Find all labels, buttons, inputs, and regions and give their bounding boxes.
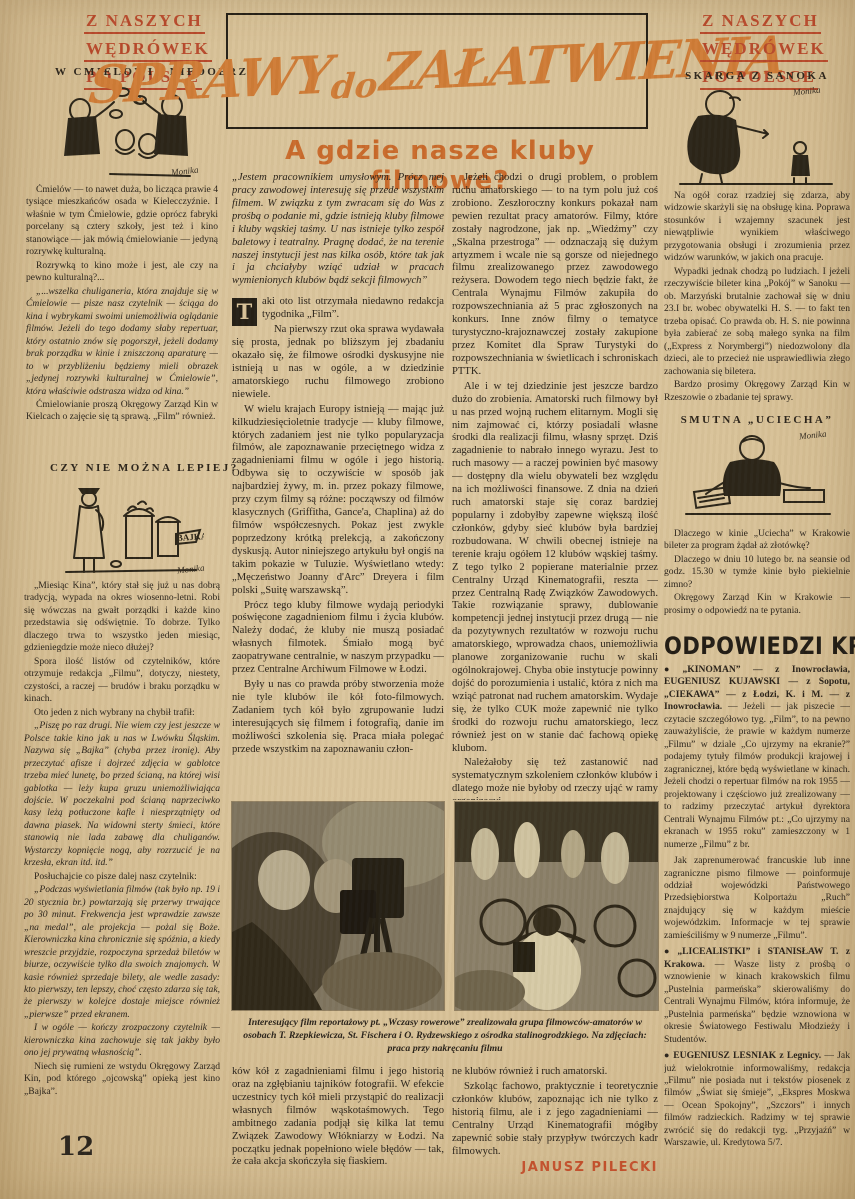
banner-word1: SPRAWY xyxy=(87,44,334,116)
paragraph: „Miesiąc Kina”, który stał się już u nas… xyxy=(24,580,220,655)
cartoon-big-man-small-man: Monika xyxy=(672,86,844,186)
paragraph: Prócz tego kluby filmowe wydają periodyk… xyxy=(232,600,444,678)
left-header-line1: Z NASZYCH xyxy=(84,12,205,34)
dropcap-letter: T xyxy=(232,298,257,326)
paragraph-quote: „Podczas wyświetlania filmów (tak było n… xyxy=(24,884,220,1021)
cartoon-bajka-bins: BAJKA Monika xyxy=(56,480,204,576)
reply-body: — Jak już wielokrotnie informowaliśmy, r… xyxy=(664,1050,850,1148)
paragraph-quote: I w ogóle — kończy zrozpaczony czytelnik… xyxy=(24,1022,220,1059)
cartoon-usher-drawing xyxy=(680,432,836,524)
bullet-icon: ● xyxy=(664,1050,670,1060)
cartoon-big-man-drawing xyxy=(672,86,844,186)
paragraph: Okręgowy Zarząd Kin w Krakowie — prosimy… xyxy=(664,592,850,617)
page-number: 12 xyxy=(58,1132,94,1162)
paragraph: Dlaczego w dniu 10 lutego br. na seansie… xyxy=(664,554,850,591)
dropcap-paragraph: Taki oto list otrzymała niedawno redakcj… xyxy=(232,296,444,322)
right-article2-title: SMUTNA „UCIECHA” xyxy=(672,414,842,426)
short-replies-title: ODPOWIEDZI KRÓTKIE xyxy=(664,632,855,660)
paragraph: Posłuchajcie co pisze dalej nasz czyteln… xyxy=(24,871,220,883)
article-bottom-column-2: ne klubów również i ruch amatorski. Szko… xyxy=(452,1066,658,1192)
paragraph: Dlaczego w kinie „Uciecha” w Krakowie bi… xyxy=(664,528,850,553)
paragraph: Niech się rumieni ze wstydu Okręgowy Zar… xyxy=(24,1061,220,1098)
reply-paragraph: ●EUGENIUSZ LESNIAK z Legnicy. — Jak już … xyxy=(664,1050,850,1150)
paragraph: W wielu krajach Europy istnieją — mając … xyxy=(232,404,444,598)
paragraph: Rozrywką to kino może i jest, ale czy na… xyxy=(26,260,218,285)
right-header-line2: WĘDRÓWEK xyxy=(700,40,828,62)
article-column-2: Jeżeli chodzi o drugi problem, o problem… xyxy=(452,172,658,800)
bullet-icon: ● xyxy=(664,946,674,956)
reply-body: — Jeżeli — jak piszecie — czytacie szcze… xyxy=(664,701,850,849)
paragraph: Na pierwszy rzut oka sprawa wydawała się… xyxy=(232,324,444,402)
right-article1-text: Na ogół coraz rzadziej się zdarza, aby w… xyxy=(664,190,850,410)
paragraph: Jeżeli chodzi o drugi problem, o problem… xyxy=(452,172,658,379)
paragraph: Ćmielów — to nawet duża, bo licząca praw… xyxy=(26,184,218,259)
paragraph-quote: „Piszę po raz drugi. Nie wiem czy jest j… xyxy=(24,720,220,870)
reply-paragraph: ●„KINOMAN” — z Inowrocławia, EUGENIUSZ K… xyxy=(664,664,850,851)
article-byline: JANUSZ PILECKI xyxy=(452,1160,658,1176)
paragraph: Wypadki jednak chodzą po ludziach. I jeż… xyxy=(664,266,850,378)
paragraph: Bardzo prosimy Okręgowy Zarząd Kin w Rze… xyxy=(664,379,850,404)
paragraph: Były u nas co prawda próby stworzenia mo… xyxy=(232,679,444,757)
photo-filming-camera-art xyxy=(232,802,444,1010)
right-article2-text: Dlaczego w kinie „Uciecha” w Krakowie bi… xyxy=(664,528,850,644)
right-article1-title: SKARGA Z SANOKA xyxy=(672,70,842,82)
left-article2-text: „Miesiąc Kina”, który stał się już u nas… xyxy=(24,580,220,1128)
short-replies-text: ●„KINOMAN” — z Inowrocławia, EUGENIUSZ K… xyxy=(664,664,850,1188)
cartoon-usher-counter: Monika xyxy=(680,432,836,524)
reply-body: Jak zaprenumerować francuskie lub inne z… xyxy=(664,855,850,941)
banner-box: SPRAWYdoZAŁATWIENIA xyxy=(226,13,648,129)
cartoon-bajka-drawing: BAJKA xyxy=(56,480,204,576)
article-column-1: „Jestem pracownikiem umysłowym. Prócz me… xyxy=(232,172,444,800)
paragraph: Ćmielowianie proszą Okręgowy Zarząd Kin … xyxy=(26,399,218,424)
paragraph: ków kół z zagadnieniami filmu i jego his… xyxy=(232,1066,444,1169)
letter-quote: „Jestem pracownikiem umysłowym. Prócz me… xyxy=(232,172,444,288)
reply-body: — Wasze listy z prośbą o wznowienie w ki… xyxy=(664,959,850,1045)
paragraph: Szkoląc fachowo, praktycznie i teoretycz… xyxy=(452,1081,658,1159)
paragraph: Należałoby się też zastanowić nad system… xyxy=(452,757,658,800)
dropcap-text: aki oto list otrzymała niedawno redakcja… xyxy=(262,296,444,320)
paragraph: Ale i w tej dziedzinie jest jeszcze bard… xyxy=(452,381,658,756)
article-bottom-column-1: ków kół z zagadnieniami filmu i jego his… xyxy=(232,1066,444,1192)
photo-cyclists-group xyxy=(455,802,658,1010)
reply-paragraph: ●„LICEALISTKI” i STANISŁAW T. z Krakowa.… xyxy=(664,946,850,1046)
paragraph: Spora ilość listów od czytelników, które… xyxy=(24,656,220,706)
paragraph-quote: „...wszelka chuliganeria, która znajduje… xyxy=(26,286,218,398)
paragraph: ne klubów również i ruch amatorski. xyxy=(452,1066,658,1079)
paragraph: Na ogół coraz rzadziej się zdarza, aby w… xyxy=(664,190,850,265)
right-header-line1: Z NASZYCH xyxy=(700,12,821,34)
right-section-header: Z NASZYCH WĘDRÓWEK PO POLSCE xyxy=(700,12,850,96)
banner-word2: do xyxy=(329,65,379,107)
photo-cyclists-group-art xyxy=(455,802,658,1010)
reply-lead: EUGENIUSZ LESNIAK z Legnicy. xyxy=(673,1050,821,1061)
bajka-sign-label: BAJKA xyxy=(176,531,204,543)
magazine-page: Z NASZYCH WĘDRÓWEK PO POLSCE W CMIELOWIE… xyxy=(0,0,855,1199)
bullet-icon: ● xyxy=(664,664,680,674)
photo-filming-camera xyxy=(232,802,444,1010)
photo-caption: Interesujący film reportażowy pt. „Wczas… xyxy=(232,1016,658,1056)
left-article1-text: Ćmielów — to nawet duża, bo licząca praw… xyxy=(26,184,218,458)
reply-paragraph: Jak zaprenumerować francuskie lub inne z… xyxy=(664,855,850,942)
left-article2-title: CZY NIE MOŻNA LEPIEJ? xyxy=(50,462,215,474)
paragraph: Oto jeden z nich wybrany na chybił trafi… xyxy=(24,707,220,719)
